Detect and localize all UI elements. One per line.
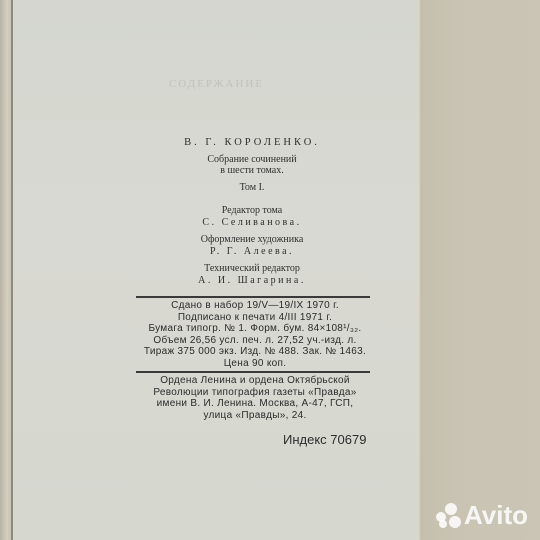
- author-name: В. Г. КОРОЛЕНКО.: [117, 137, 387, 149]
- printer-info: Ордена Ленина и ордена Октябрьской Револ…: [135, 375, 375, 421]
- editor-name: С. Селиванова.: [117, 217, 387, 229]
- printer-line4: улица «Правды», 24.: [135, 410, 375, 422]
- typeset-date: Сдано в набор 19/V—19/IX 1970 г.: [135, 300, 375, 312]
- avito-logo-icon: [436, 503, 462, 529]
- avito-brand-text: Avito: [464, 500, 528, 531]
- divider-bottom: [136, 371, 370, 373]
- printer-line3: имени В. И. Ленина. Москва, А-47, ГСП,: [135, 398, 375, 410]
- printer-line1: Ордена Ленина и ордена Октябрьской: [135, 375, 375, 387]
- printer-line2: Революции типография газеты «Правда»: [135, 387, 375, 399]
- tech-editor-name: А. И. Шагарина.: [117, 275, 387, 287]
- tech-editor-label: Технический редактор: [117, 263, 387, 275]
- page-edge: [418, 0, 422, 540]
- catalog-index: Индекс 70679: [283, 432, 366, 447]
- print-run: Тираж 375 000 экз. Изд. № 488. Зак. № 14…: [135, 346, 375, 358]
- volume-number: Том I.: [117, 182, 387, 194]
- divider-top: [136, 296, 370, 298]
- paper-format: Бумага типогр. № 1. Форм. бум. 84×108¹/₃…: [135, 323, 375, 335]
- signed-date: Подписано к печати 4/III 1971 г.: [135, 312, 375, 324]
- editor-label: Редактор тома: [117, 205, 387, 217]
- bleed-through-heading: СОДЕРЖАНИЕ: [13, 78, 420, 90]
- collection-title-line2: в шести томах.: [117, 165, 387, 177]
- volume-sheets: Объем 26,56 усл. печ. л. 27,52 уч.-изд. …: [135, 335, 375, 347]
- imprint-block: В. Г. КОРОЛЕНКО. Собрание сочинений в ше…: [117, 137, 387, 286]
- facing-page: [420, 0, 540, 540]
- price: Цена 90 коп.: [135, 358, 375, 370]
- artist-name: Р. Г. Алеева.: [117, 246, 387, 258]
- print-details: Сдано в набор 19/V—19/IX 1970 г. Подписа…: [135, 300, 375, 369]
- avito-watermark: Avito: [436, 500, 528, 531]
- collection-title-line1: Собрание сочинений: [117, 154, 387, 166]
- artist-label: Оформление художника: [117, 234, 387, 246]
